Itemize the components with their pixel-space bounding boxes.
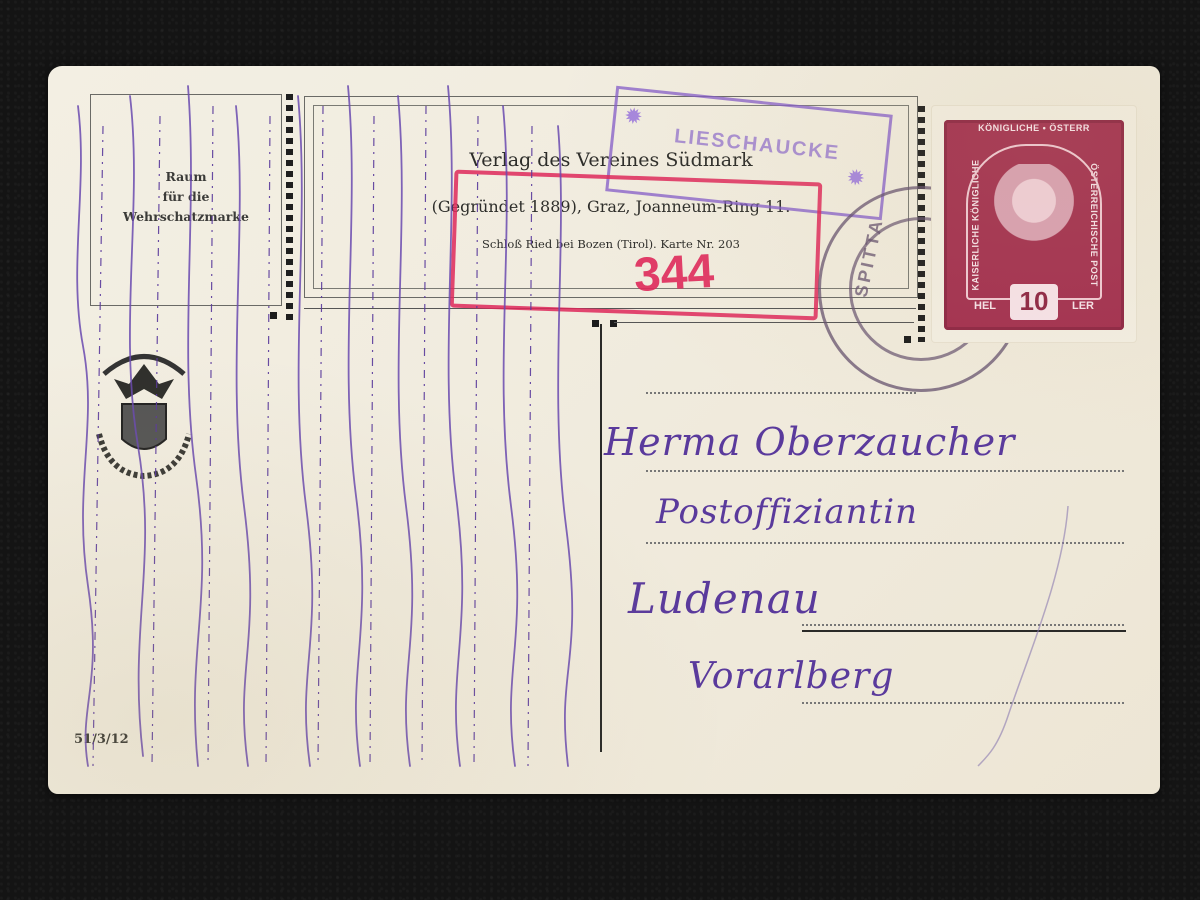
stamp-value: 10 bbox=[1010, 286, 1058, 317]
stamp-top-text: KÖNIGLICHE • ÖSTERR bbox=[944, 123, 1124, 133]
censor-number: 344 bbox=[633, 244, 716, 303]
stamp-unit-right: LER bbox=[1072, 300, 1094, 312]
crown-icon bbox=[988, 164, 1080, 256]
stamp-unit-left: HEL bbox=[974, 300, 996, 312]
postage-stamp: KÖNIGLICHE • ÖSTERR KAISERLICHE KÖNIGLIC… bbox=[932, 106, 1136, 342]
stamp-value-box: 10 bbox=[1010, 284, 1058, 320]
address-line-2-rule bbox=[646, 470, 1126, 472]
star-icon: ✹ bbox=[845, 165, 866, 192]
address-region: Vorarlberg bbox=[688, 656, 894, 697]
pencil-mark bbox=[968, 496, 1088, 776]
address-line-1-rule bbox=[646, 392, 916, 394]
star-icon: ✹ bbox=[623, 104, 644, 131]
stamp-face: KÖNIGLICHE • ÖSTERR KAISERLICHE KÖNIGLIC… bbox=[944, 120, 1124, 330]
address-name: Herma Oberzaucher bbox=[604, 420, 1015, 464]
address-town: Ludenau bbox=[628, 574, 821, 623]
censor-purple-label: LIESCHAUCKE bbox=[673, 125, 841, 165]
postcard: Raum für die Wehrschatzmarke Verlag des … bbox=[48, 66, 1160, 794]
handwritten-message bbox=[48, 66, 608, 794]
address-title: Postoffiziantin bbox=[656, 492, 918, 532]
